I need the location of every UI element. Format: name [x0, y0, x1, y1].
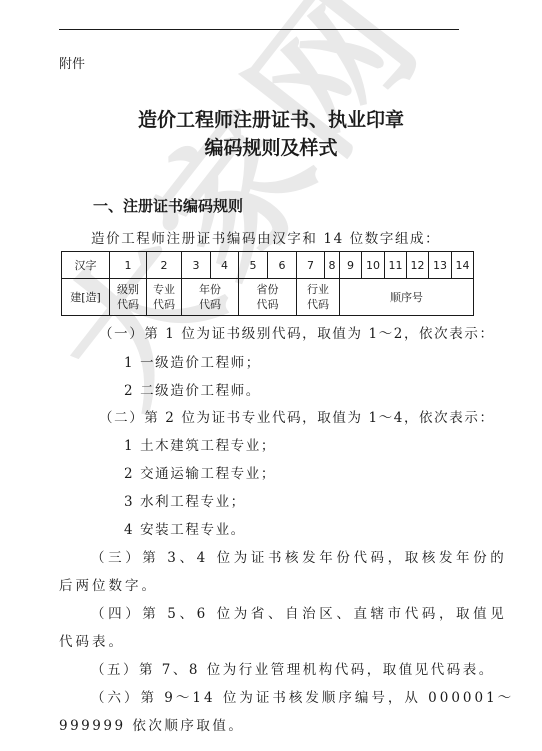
table-cell: 7 — [297, 252, 325, 279]
rule-subitem: 1 一级造价工程师； — [124, 351, 261, 371]
table-cell: 3 — [182, 252, 211, 279]
rule-item-five: （五）第 7、8 位为行业管理机构代码，取值见代码表。 — [91, 658, 495, 678]
document-title-line-2: 编码规则及样式 — [0, 133, 542, 160]
table-row-positions: 汉字 1 2 3 4 5 6 7 8 9 10 11 12 13 14 — [62, 252, 474, 279]
rule-item-four: （四）第 5、6 位为省、自治区、直辖市代码，取值见 — [91, 602, 507, 622]
table-cell-year-code: 年份 代码 — [182, 279, 239, 316]
rule-item-one: （一）第 1 位为证书级别代码，取值为 1～2，依次表示： — [99, 322, 495, 342]
rule-item-six-cont: 999999 依次顺序取值。 — [59, 714, 244, 734]
table-cell: 2 — [147, 252, 182, 279]
table-cell: 4 — [211, 252, 239, 279]
rule-item-three-cont: 后两位数字。 — [59, 574, 158, 594]
rule-item-four-cont: 代码表。 — [59, 630, 125, 650]
attachment-label: 附件 — [59, 53, 85, 72]
document-title-line-1: 造价工程师注册证书、执业印章 — [0, 105, 542, 132]
table-cell: 6 — [268, 252, 297, 279]
cell-line: 代码 — [239, 297, 296, 312]
table-cell: 8 — [325, 252, 340, 279]
cell-line: 行业 — [297, 282, 339, 297]
table-cell: 10 — [362, 252, 385, 279]
cell-line: 代码 — [182, 297, 238, 312]
table-cell: 13 — [429, 252, 452, 279]
rule-subitem: 2 二级造价工程师。 — [124, 379, 261, 399]
table-cell-industry-code: 行业 代码 — [297, 279, 340, 316]
cell-line: 代码 — [297, 297, 339, 312]
rule-subitem: 1 土木建筑工程专业； — [124, 434, 276, 454]
cell-line: 代码 — [110, 297, 146, 312]
cell-line: 专业 — [147, 282, 181, 297]
rule-subitem: 4 安装工程专业。 — [124, 518, 246, 538]
cell-line: 省份 — [239, 282, 296, 297]
intro-paragraph: 造价工程师注册证书编码由汉字和 14 位数字组成： — [91, 227, 440, 247]
table-cell-sequence-number: 顺序号 — [340, 279, 474, 316]
cell-line: 年份 — [182, 282, 238, 297]
rule-item-three: （三）第 3、4 位为证书核发年份代码，取核发年份的 — [91, 546, 507, 566]
cell-line: 级别 — [110, 282, 146, 297]
rule-subitem: 3 水利工程专业； — [124, 490, 246, 510]
table-cell: 5 — [239, 252, 268, 279]
table-cell: 汉字 — [62, 252, 110, 279]
table-cell-prefix: 建[造] — [62, 279, 110, 316]
table-cell-level-code: 级别 代码 — [110, 279, 147, 316]
table-row-meanings: 建[造] 级别 代码 专业 代码 年份 代码 省份 代码 行业 代码 顺序号 — [62, 279, 474, 316]
header-rule — [59, 29, 459, 30]
table-cell: 12 — [407, 252, 429, 279]
rule-subitem: 2 交通运输工程专业； — [124, 462, 276, 482]
rule-item-six: （六）第 9～14 位为证书核发顺序编号，从 000001～ — [91, 686, 514, 706]
table-cell-province-code: 省份 代码 — [239, 279, 297, 316]
rule-item-two: （二）第 2 位为证书专业代码，取值为 1～4，依次表示： — [99, 406, 495, 426]
code-structure-table: 汉字 1 2 3 4 5 6 7 8 9 10 11 12 13 14 建[造]… — [61, 251, 474, 316]
table-cell: 14 — [452, 252, 474, 279]
table-cell: 9 — [340, 252, 362, 279]
table-cell-specialty-code: 专业 代码 — [147, 279, 182, 316]
section-heading: 一、注册证书编码规则 — [93, 195, 243, 216]
table-cell: 11 — [385, 252, 407, 279]
document-page: 附件 造价工程师注册证书、执业印章 编码规则及样式 一、注册证书编码规则 造价工… — [0, 0, 542, 751]
table-cell: 1 — [110, 252, 147, 279]
cell-line: 代码 — [147, 297, 181, 312]
